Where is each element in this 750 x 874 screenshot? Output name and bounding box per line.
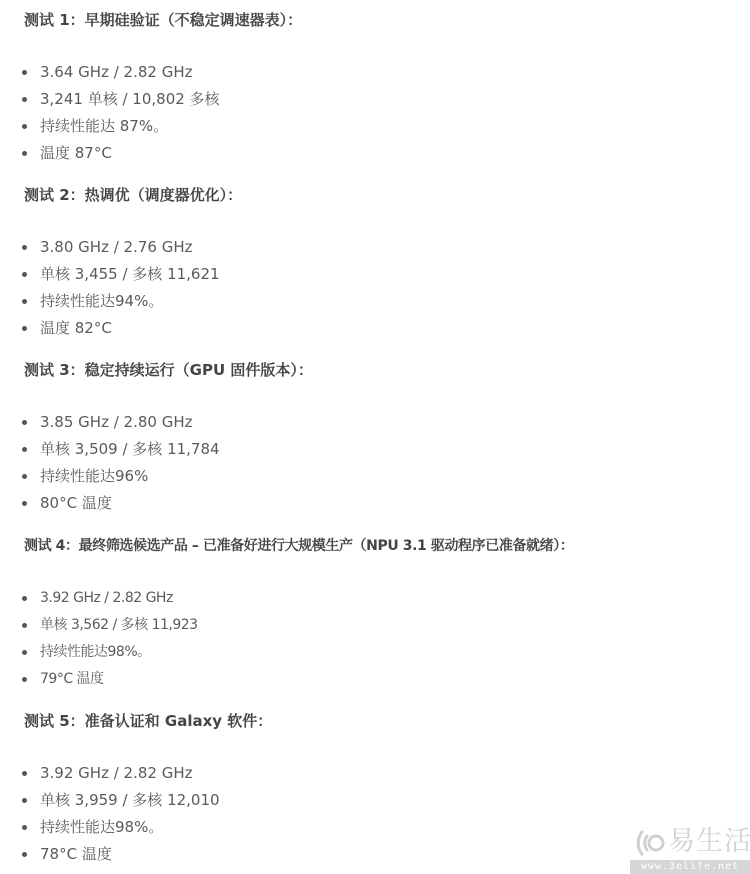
bullet-icon — [22, 771, 27, 776]
bullet-icon — [22, 596, 27, 601]
bullet-icon — [22, 420, 27, 425]
bullet-icon — [22, 798, 27, 803]
section-heading: 测试 4：最终筛选候选产品 – 已准备好进行大规模生产（NPU 3.1 驱动程序… — [24, 535, 573, 555]
bullet-icon — [22, 650, 27, 655]
bullet-icon — [22, 70, 27, 75]
list-item-text: 80°C 温度 — [40, 490, 112, 517]
list-item-text: 3.92 GHz / 2.82 GHz — [40, 760, 192, 787]
bullet-icon — [22, 447, 27, 452]
list-item-text: 持续性能达98%。 — [40, 639, 151, 666]
bullet-icon — [22, 474, 27, 479]
bullet-icon — [22, 677, 27, 682]
list-item-text: 79°C 温度 — [40, 666, 104, 693]
bullet-icon — [22, 825, 27, 830]
list-item-text: 3.92 GHz / 2.82 GHz — [40, 585, 173, 612]
section-heading: 测试 1：早期硅验证（不稳定调速器表）： — [24, 9, 302, 30]
bullet-icon — [22, 97, 27, 102]
signal-logo-icon — [636, 828, 666, 858]
list-item-text: 78°C 温度 — [40, 841, 112, 868]
list-item-text: 3.64 GHz / 2.82 GHz — [40, 59, 192, 86]
section-heading: 测试 3：稳定持续运行（GPU 固件版本）： — [24, 359, 313, 380]
bullet-icon — [22, 124, 27, 129]
list-item-text: 单核 3,959 / 多核 12,010 — [40, 787, 220, 814]
list-item-text: 单核 3,509 / 多核 11,784 — [40, 436, 220, 463]
bullet-icon — [22, 852, 27, 857]
list-item-text: 持续性能达96% — [40, 463, 148, 490]
list-item-text: 单核 3,562 / 多核 11,923 — [40, 612, 198, 639]
bullet-icon — [22, 245, 27, 250]
bullet-icon — [22, 326, 27, 331]
bullet-icon — [22, 299, 27, 304]
list-item-text: 持续性能达 87%。 — [40, 113, 168, 140]
list-item-text: 温度 82°C — [40, 315, 112, 342]
bullet-icon — [22, 623, 27, 628]
list-item-text: 3.85 GHz / 2.80 GHz — [40, 409, 192, 436]
list-item-text: 单核 3,455 / 多核 11,621 — [40, 261, 220, 288]
watermark: 易生活 www.3elife.net — [628, 826, 750, 874]
list-item-text: 持续性能达94%。 — [40, 288, 163, 315]
bullet-icon — [22, 151, 27, 156]
list-item-text: 温度 87°C — [40, 140, 112, 167]
section-heading: 测试 2：热调优（调度器优化）： — [24, 184, 242, 205]
section-heading: 测试 5：准备认证和 Galaxy 软件： — [24, 710, 272, 731]
list-item-text: 持续性能达98%。 — [40, 814, 163, 841]
watermark-text: 易生活 — [668, 826, 750, 858]
bullet-icon — [22, 272, 27, 277]
bullet-icon — [22, 501, 27, 506]
list-item-text: 3.80 GHz / 2.76 GHz — [40, 234, 192, 261]
watermark-url: www.3elife.net — [630, 860, 750, 874]
list-item-text: 3,241 单核 / 10,802 多核 — [40, 86, 220, 113]
